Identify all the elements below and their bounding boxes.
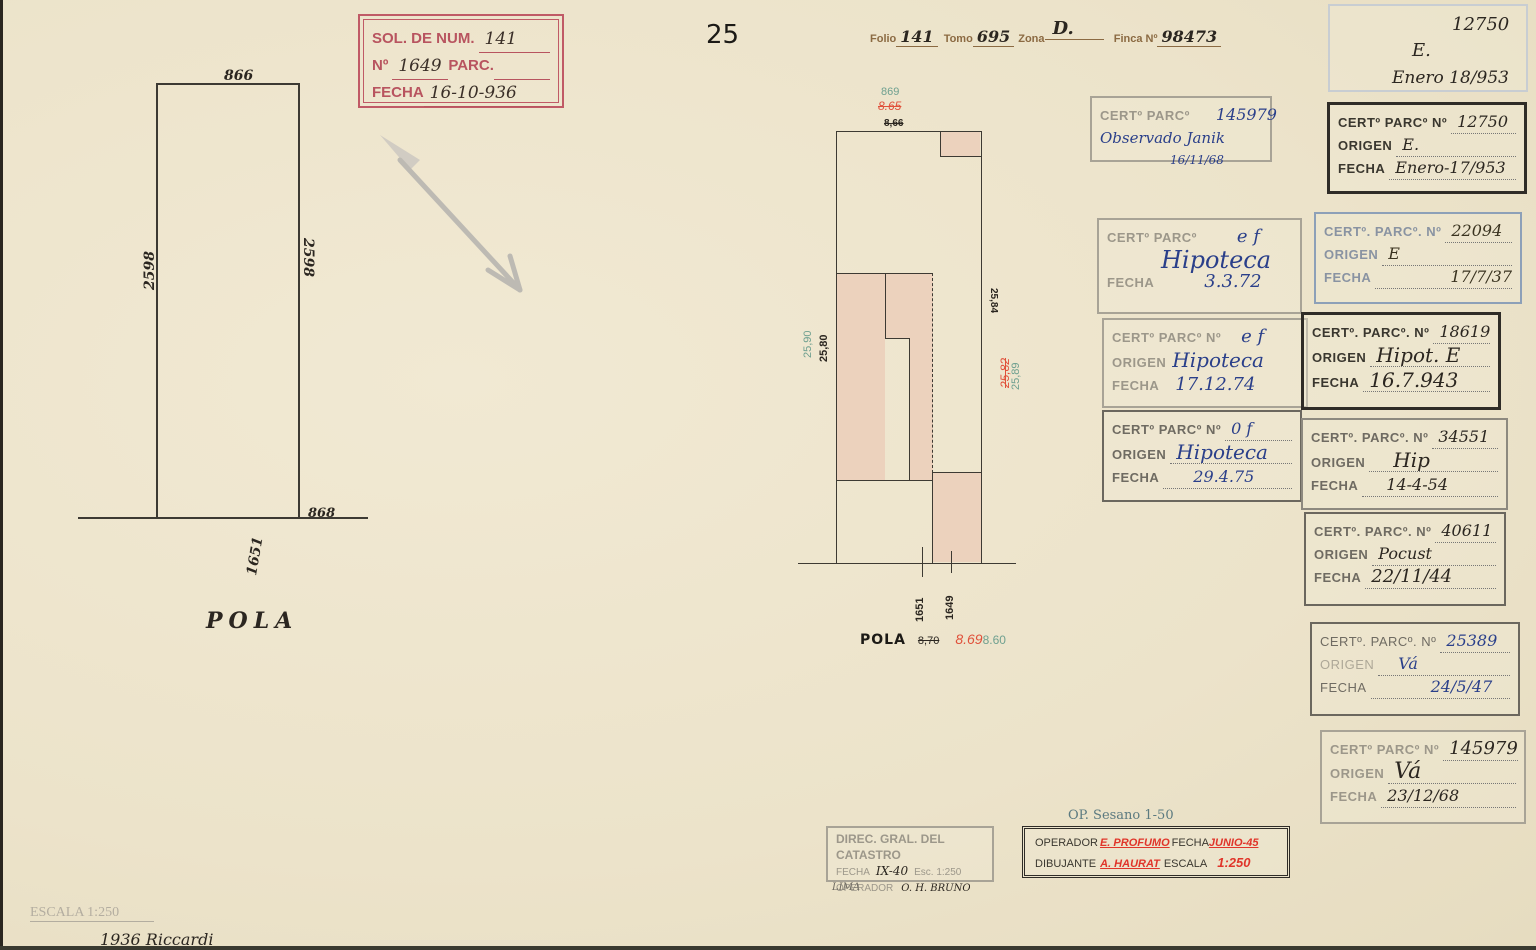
operador-label: OPERADOR	[1035, 833, 1098, 853]
top-dim-black: 8,66	[884, 118, 903, 129]
cert-label: CERTº. PARCº. Nº	[1314, 521, 1431, 543]
operador-value: E. PROFUMO	[1100, 833, 1170, 853]
fecha-label: FECHA	[1320, 677, 1367, 699]
cert-number: 145979	[1216, 104, 1277, 126]
origin-label: ORIGEN	[1338, 135, 1392, 157]
catastro-note: LIMA	[832, 882, 860, 893]
certificate-stamp-8: CERTº. PARCº. Nº34551 ORIGENHip FECHA14-…	[1301, 418, 1508, 510]
card-bottom-edge	[0, 946, 1536, 950]
num-label: Nº	[372, 53, 388, 80]
certificate-stamp-4: CERTº. PARCº. Nº22094 ORIGENE FECHA17/7/…	[1314, 212, 1522, 304]
cert-origin: Hipoteca	[1161, 249, 1271, 271]
bottom-dim-black: 8,70	[918, 635, 939, 647]
cert-origin: Vá	[1378, 653, 1510, 676]
operator-stamp: OPERADOR E. PROFUMO FECHA JUNIO-45 DIBUJ…	[1022, 826, 1290, 878]
origin-label: ORIGEN	[1311, 452, 1365, 474]
fecha-label: FECHA	[1312, 372, 1359, 394]
cert-origin: E	[1382, 243, 1512, 266]
fecha-value: IX-40	[876, 863, 908, 879]
cert-origin: Hipoteca	[1170, 441, 1292, 464]
right-dim-black: 25,84	[988, 288, 999, 313]
zona-label: Zona	[1018, 33, 1044, 45]
certificate-stamp-1: CERTº PARCº 145979 Observado Janik 16/11…	[1090, 96, 1272, 162]
cert-label: CERTº. PARCº. Nº	[1324, 221, 1441, 243]
house-number-1649: 1649	[944, 596, 956, 620]
right-dim-green: 25,89	[1010, 362, 1022, 390]
fecha-label: FECHA	[1324, 267, 1371, 289]
finca-label: Finca Nº	[1114, 33, 1158, 45]
top-dim-red: 8.65	[878, 99, 901, 113]
cert-number: 34551	[1432, 426, 1498, 449]
card-edge	[0, 0, 3, 950]
north-arrow-icon	[370, 120, 540, 300]
cert-date: 16/11/68	[1170, 149, 1224, 171]
catastro-title: DIREC. GRAL. DEL CATASTRO	[836, 831, 984, 863]
cert-label: CERTº PARCº Nº	[1112, 419, 1221, 441]
house-number-1651: 1651	[914, 598, 926, 622]
certificate-stamp-5: CERTº PARCº Nºe f ORIGENHipoteca FECHA17…	[1102, 318, 1308, 408]
dibujante-value: A. HAURAT	[1100, 854, 1160, 874]
cert-number: 22094	[1445, 220, 1512, 243]
tomo-label: Tomo	[944, 33, 973, 45]
cert-label: CERTº PARCº Nº	[1112, 327, 1221, 349]
page-number: 25	[706, 20, 739, 50]
operador-value: O. H. BRUNO	[901, 881, 970, 897]
cert-origin: E.	[1396, 134, 1516, 157]
origin-label: ORIGEN	[1112, 352, 1166, 374]
left-house-number: 1651	[244, 536, 267, 577]
cert-date: 24/5/47	[1371, 676, 1510, 699]
fecha-label: FECHA	[372, 80, 424, 107]
certificate-stamp-11: CERTº PARCº Nº145979 ORIGENVá FECHA23/12…	[1320, 730, 1526, 824]
folio-label: Folio	[870, 33, 896, 45]
catastro-stamp: DIREC. GRAL. DEL CATASTRO FECHA IX-40 Es…	[826, 826, 994, 882]
certificate-stamp-10: CERTº. PARCº. Nº25389 ORIGENVá FECHA24/5…	[1310, 622, 1520, 716]
origin-label: ORIGEN	[1330, 763, 1384, 785]
cert-number: e f	[1237, 226, 1260, 248]
top-right-date: Enero 18/953	[1392, 68, 1509, 88]
right-street-name: POLA	[860, 632, 906, 648]
left-dim-black: 25,80	[818, 334, 830, 362]
escala-value: Esc. 1:250	[914, 865, 961, 881]
fecha-value: 16-10-936	[424, 80, 550, 107]
fecha-label: FECHA	[1314, 567, 1361, 589]
fecha-label: FECHA	[1172, 833, 1209, 853]
cert-origin: Pocust	[1372, 543, 1496, 566]
fecha-label: FECHA	[1107, 272, 1154, 294]
left-bottom-dimension: 868	[308, 506, 335, 521]
cert-label: CERTº. PARCº. Nº	[1320, 631, 1436, 653]
fecha-value: JUNIO-45	[1209, 833, 1259, 853]
operator-note: OP. Sesano 1-50	[1068, 808, 1174, 823]
cadastral-record-card: 25 SOL. DE NUM. 141 Nº 1649 PARC. FECHA …	[0, 0, 1536, 950]
solicitud-stamp: SOL. DE NUM. 141 Nº 1649 PARC. FECHA 16-…	[358, 14, 564, 108]
cert-number: 145979	[1443, 738, 1518, 761]
left-side-dimension: 2598	[142, 251, 158, 290]
cert-date: 14-4-54	[1362, 474, 1498, 497]
finca-value: 98473	[1157, 27, 1221, 47]
num-value: 1649	[392, 53, 448, 80]
cert-label: CERTº. PARCº. Nº	[1312, 322, 1429, 344]
sol-value: 141	[479, 26, 550, 53]
origin-label: ORIGEN	[1324, 244, 1378, 266]
cert-origin: Observado Janik	[1100, 127, 1225, 149]
certificate-stamp-9: CERTº. PARCº. Nº40611 ORIGENPocust FECHA…	[1304, 512, 1506, 606]
certificate-stamp-7: CERTº PARCº Nº0 f ORIGENHipoteca FECHA29…	[1102, 410, 1302, 502]
cert-number: e f	[1241, 326, 1264, 348]
escala-label: ESCALA	[1164, 854, 1207, 874]
escala-label-bottom: ESCALA 1:250	[30, 905, 154, 922]
right-side-dimension: 2598	[300, 238, 316, 277]
cert-date: 17.12.74	[1175, 374, 1255, 396]
tomo-value: 695	[973, 27, 1014, 47]
certificate-stamp-2: CERTº PARCº Nº12750 ORIGENE. FECHAEnero-…	[1327, 102, 1527, 194]
cert-number: 0 f	[1225, 418, 1292, 441]
cert-number: 40611	[1435, 520, 1496, 543]
top-dim-green: 869	[881, 86, 899, 98]
escala-value: 1:250	[1217, 853, 1250, 873]
cert-date: 22/11/44	[1365, 566, 1496, 589]
origin-label: ORIGEN	[1314, 544, 1368, 566]
folio-value: 141	[896, 27, 937, 47]
cert-date: 17/7/37	[1375, 266, 1512, 289]
cert-date: 29.4.75	[1163, 466, 1292, 489]
fecha-label: FECHA	[1338, 158, 1385, 180]
sol-label: SOL. DE NUM.	[372, 26, 475, 53]
fecha-label: FECHA	[1330, 786, 1377, 808]
left-dim-green: 25,90	[802, 330, 814, 358]
cert-number: 25389	[1440, 630, 1510, 653]
certificate-stamp-6: CERTº. PARCº. Nº18619 ORIGENHipot. E FEC…	[1301, 312, 1501, 410]
fecha-label: FECHA	[836, 865, 870, 881]
certificate-stamp-3: CERTº PARCºe f Hipoteca FECHA3.3.72	[1097, 218, 1302, 314]
cert-origin: Hipot. E	[1370, 344, 1490, 367]
cert-origin: Vá	[1388, 761, 1516, 784]
cert-date: Enero-17/953	[1389, 157, 1516, 180]
left-top-dimension: 866	[224, 68, 253, 84]
cert-origin: Hipoteca	[1172, 349, 1264, 371]
dibujante-label: DIBUJANTE	[1035, 854, 1096, 874]
cert-number: 18619	[1433, 321, 1490, 344]
top-right-origin: E.	[1412, 40, 1431, 61]
fecha-label: FECHA	[1112, 375, 1159, 397]
origin-label: ORIGEN	[1312, 347, 1366, 369]
fecha-label: FECHA	[1112, 467, 1159, 489]
origin-label: ORIGEN	[1320, 654, 1374, 676]
cert-date: 3.3.72	[1204, 271, 1261, 293]
top-right-number: 12750	[1452, 14, 1509, 35]
parc-label: PARC.	[448, 53, 494, 80]
cert-label: CERTº PARCº	[1100, 105, 1190, 127]
fecha-label: FECHA	[1311, 475, 1358, 497]
cert-number: 12750	[1451, 111, 1516, 134]
cert-date: 23/12/68	[1381, 785, 1516, 808]
cert-date: 16.7.943	[1363, 369, 1490, 392]
cert-label: CERTº. PARCº. Nº	[1311, 427, 1428, 449]
cert-origin: Hip	[1369, 449, 1498, 472]
cert-label: CERTº PARCº Nº	[1338, 112, 1447, 134]
registry-header: Folio 141 Tomo 695 Zona D. Finca Nº 9847…	[870, 26, 1221, 48]
origin-label: ORIGEN	[1112, 444, 1166, 466]
bottom-dim-green: 8.60	[983, 633, 1006, 647]
left-street-name: POLA	[206, 608, 298, 634]
bottom-dim-red: 8.69	[955, 631, 982, 647]
cert-label: CERTº PARCº Nº	[1330, 739, 1439, 761]
zona-value: D.	[1045, 18, 1104, 40]
right-street-row: POLA 8,70 8.69 8.60	[860, 631, 1006, 648]
